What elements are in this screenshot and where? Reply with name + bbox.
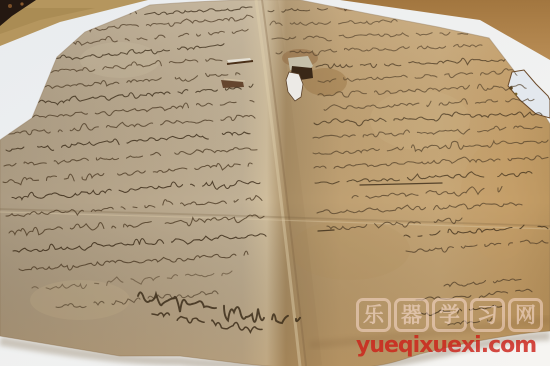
photo-scene [0, 0, 550, 366]
letter-photograph: 乐器学习网 yueqixuexi.com [0, 0, 550, 366]
edge-chip-speck [515, 93, 518, 96]
dark-corner-speck [8, 4, 12, 8]
dark-corner-speck [20, 2, 23, 5]
